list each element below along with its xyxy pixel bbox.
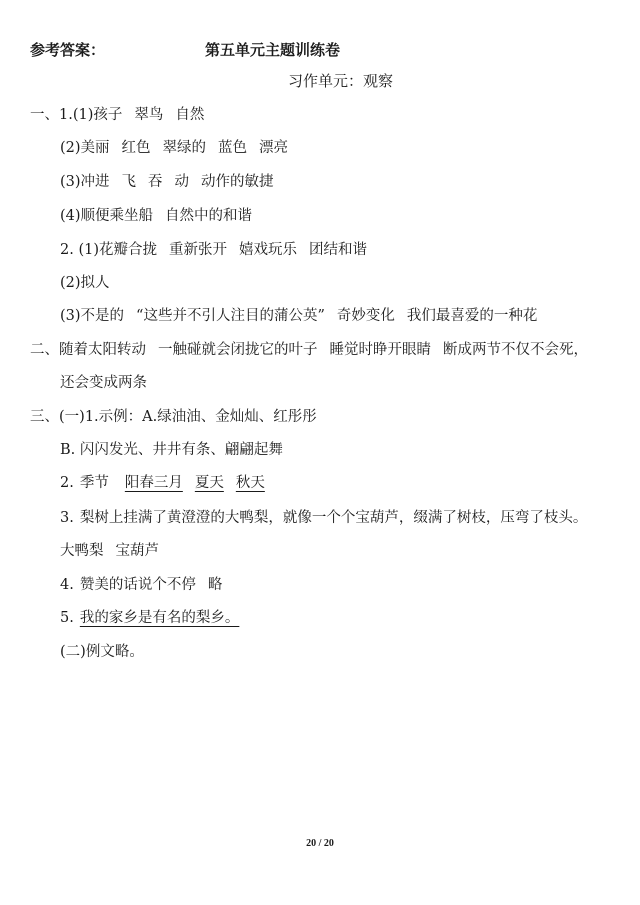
underlined-answer: 阳春三月	[125, 475, 183, 491]
page-number: 20 / 20	[0, 838, 640, 849]
section-marker: 三、	[30, 409, 59, 425]
answer: 嬉戏玩乐	[239, 242, 297, 258]
q-num: (2)	[60, 275, 81, 291]
answer: 自然中的和谐	[165, 208, 252, 224]
answer: 翠绿的	[163, 140, 207, 156]
q-num: (3)	[60, 174, 81, 190]
section2-continuation: 还会变成两条	[60, 373, 147, 393]
answer: 自然	[175, 107, 204, 123]
q1-3-line: (3)冲进飞吞动动作的敏捷	[60, 172, 274, 192]
answer: 不是的	[81, 308, 125, 324]
answer: 冲进	[81, 174, 110, 190]
answer: 我们最喜爱的一种花	[407, 308, 538, 324]
answer: 一触碰就会闭拢它的叶子	[158, 342, 318, 358]
document-title: 第五单元主题训练卷	[205, 40, 340, 60]
answer: 奇妙变化	[337, 308, 395, 324]
q2-2-line: (2)拟人	[60, 273, 110, 293]
answer: 季节	[80, 475, 109, 491]
s3-q5-line: 5.我的家乡是有名的梨乡。	[60, 608, 239, 628]
q-num: 1.(1)	[59, 107, 93, 123]
answer: 顺便乘坐船	[81, 208, 154, 224]
answer: 漂亮	[259, 140, 288, 156]
answer: 美丽	[81, 140, 110, 156]
answer: 睡觉时睁开眼睛	[330, 342, 432, 358]
s3-q1a-line: 三、(一)1.示例：A.绿油油、金灿灿、红彤彤	[30, 407, 317, 427]
answer: 随着太阳转动	[59, 342, 146, 358]
answer: 动	[175, 174, 190, 190]
answer: 花瓣合拢	[99, 242, 157, 258]
q1-4-line: (4)顺便乘坐船自然中的和谐	[60, 206, 252, 226]
section2-line: 二、随着太阳转动一触碰就会闭拢它的叶子睡觉时睁开眼睛断成两节不仅不会死，	[30, 340, 588, 360]
document-subtitle: 习作单元：观察	[288, 71, 393, 91]
q-num: (3)	[60, 308, 81, 324]
q-num: 3.	[60, 510, 74, 526]
answer-label: 参考答案：	[30, 40, 105, 60]
answer: 宝葫芦	[116, 543, 160, 559]
q-num: 2.	[60, 475, 74, 491]
answer: 大鸭梨	[60, 543, 104, 559]
answer: 孩子	[93, 107, 122, 123]
s3-q4-line: 4.赞美的话说个不停略	[60, 575, 222, 595]
answer: A.绿油油、金灿灿、红彤彤	[142, 409, 317, 425]
answer: 动作的敏捷	[201, 174, 274, 190]
q1-2-line: (2)美丽红色翠绿的蓝色漂亮	[60, 138, 288, 158]
underlined-answer: 夏天	[195, 475, 224, 491]
q-num: (一)1.示例：	[59, 409, 142, 425]
s3-q3-line: 3.梨树上挂满了黄澄澄的大鸭梨，就像一个个宝葫芦，缀满了树枝，压弯了枝头。	[60, 508, 587, 528]
answer: 断成两节不仅不会死，	[443, 342, 588, 358]
q2-1-line: 2. (1)花瓣合拢重新张开嬉戏玩乐团结和谐	[60, 240, 367, 260]
q-num: 5.	[60, 610, 74, 626]
section-marker: 二、	[30, 342, 59, 358]
answer: 重新张开	[169, 242, 227, 258]
q-num: 4.	[60, 577, 74, 593]
s3-q3-answers: 大鸭梨宝葫芦	[60, 541, 159, 561]
s3-q1b-line: B. 闪闪发光、井井有条、翩翩起舞	[60, 440, 283, 460]
q-num: (4)	[60, 208, 81, 224]
q-num: (2)	[60, 140, 81, 156]
answer: 飞	[122, 174, 137, 190]
answer: 红色	[122, 140, 151, 156]
answer: 略	[208, 577, 223, 593]
s3-q6-line: (二)例文略。	[60, 642, 144, 662]
answer: “这些并不引人注目的蒲公英”	[136, 308, 325, 324]
section-marker: 一、	[30, 107, 59, 123]
underlined-answer: 秋天	[236, 475, 265, 491]
answer: 蓝色	[218, 140, 247, 156]
q-num: 2. (1)	[60, 242, 99, 258]
q1-1-line: 一、1.(1)孩子翠鸟自然	[30, 105, 204, 125]
underlined-answer: 我的家乡是有名的梨乡。	[80, 610, 240, 626]
answer: 拟人	[81, 275, 110, 291]
answer: 梨树上挂满了黄澄澄的大鸭梨，就像一个个宝葫芦，缀满了树枝，压弯了枝头。	[80, 510, 588, 526]
answer: 吞	[148, 174, 163, 190]
answer: 赞美的话说个不停	[80, 577, 196, 593]
answer: 翠鸟	[134, 107, 163, 123]
s3-q2-line: 2.季节阳春三月夏天秋天	[60, 473, 265, 493]
answer: 团结和谐	[309, 242, 367, 258]
q2-3-line: (3)不是的“这些并不引人注目的蒲公英”奇妙变化我们最喜爱的一种花	[60, 306, 537, 326]
